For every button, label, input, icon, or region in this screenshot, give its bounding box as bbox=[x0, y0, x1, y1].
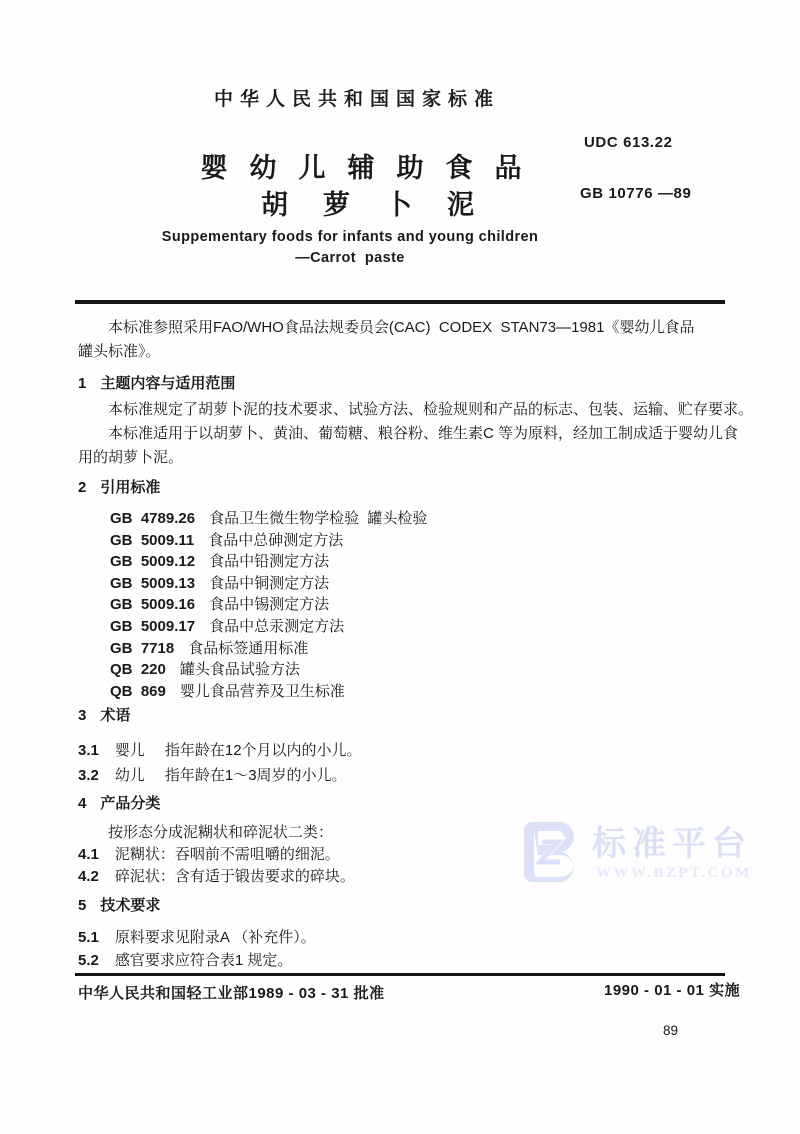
scanned-standard-page: 中华人民共和国国家标准 UDC 613.22 GB 10776 —89 婴幼儿辅… bbox=[0, 0, 800, 1134]
reference-item: QB 869婴儿食品营养及卫生标准 bbox=[110, 681, 778, 703]
paragraph-line: 用的胡萝卜泥。 bbox=[78, 446, 778, 470]
section-number: 4 bbox=[78, 795, 86, 812]
reference-item: GB 5009.11食品中总砷测定方法 bbox=[110, 530, 778, 552]
clause-number: 4.1 bbox=[78, 846, 99, 863]
section-title: 产品分类 bbox=[100, 795, 160, 812]
reference-code: GB 4789.26 bbox=[110, 510, 195, 527]
term-item: 3.1婴儿指年龄在12个月以内的小儿。 bbox=[78, 738, 778, 763]
reference-item: GB 7718食品标签通用标准 bbox=[110, 638, 778, 660]
section-title: 主题内容与适用范围 bbox=[100, 375, 235, 392]
title-english-line2: —Carrot paste bbox=[40, 250, 660, 266]
section-technical-requirements: 5技术要求 5.1原料要求见附录A （补充件）。 5.2感官要求应符合表1 规定… bbox=[78, 894, 778, 972]
title-chinese-line1: 婴幼儿辅助食品 bbox=[40, 146, 682, 185]
section-title: 技术要求 bbox=[100, 897, 160, 914]
page-number: 89 bbox=[663, 1023, 678, 1038]
title-english-line1: Suppementary foods for infants and young… bbox=[40, 229, 660, 245]
title-chinese-line2: 胡萝卜泥 bbox=[40, 183, 695, 222]
clause-item: 4.2碎泥状：含有适于锻齿要求的碎块。 bbox=[78, 866, 778, 888]
term-definition: 指年龄在12个月以内的小儿。 bbox=[165, 742, 362, 759]
reference-item: GB 5009.17食品中总汞测定方法 bbox=[110, 616, 778, 638]
reference-code: GB 5009.13 bbox=[110, 575, 195, 592]
reference-code: GB 5009.11 bbox=[110, 532, 194, 549]
reference-item: GB 5009.12食品中铅测定方法 bbox=[110, 551, 778, 573]
section-terms: 3术语 3.1婴儿指年龄在12个月以内的小儿。 3.2幼儿指年龄在1～3周岁的小… bbox=[78, 704, 778, 788]
footer-rule bbox=[75, 973, 725, 976]
reference-name: 食品中总汞测定方法 bbox=[209, 618, 344, 635]
reference-name: 食品中铅测定方法 bbox=[209, 553, 329, 570]
clause-item: 5.1原料要求见附录A （补充件）。 bbox=[78, 926, 778, 949]
term-item: 3.2幼儿指年龄在1～3周岁的小儿。 bbox=[78, 763, 778, 788]
clause-text: 碎泥状：含有适于锻齿要求的碎块。 bbox=[115, 868, 355, 885]
section-heading: 1主题内容与适用范围 bbox=[78, 372, 778, 396]
reference-list: GB 4789.26食品卫生微生物学检验 罐头检验 GB 5009.11食品中总… bbox=[78, 508, 778, 702]
implementation-note: 1990 - 01 - 01 实施 bbox=[604, 979, 740, 1000]
reference-code: QB 869 bbox=[110, 683, 166, 700]
foreword-line: 本标准参照采用FAO/WHO食品法规委员会(CAC) CODEX STAN73—… bbox=[78, 316, 778, 340]
clause-item: 4.1泥糊状：吞咽前不需咀嚼的细泥。 bbox=[78, 844, 778, 866]
section-title: 引用标准 bbox=[100, 479, 160, 496]
reference-name: 食品中铜测定方法 bbox=[209, 575, 329, 592]
foreword-line: 罐头标准》。 bbox=[78, 340, 778, 364]
clause-number: 4.2 bbox=[78, 868, 99, 885]
approval-note: 中华人民共和国轻工业部1989 - 03 - 31 批准 bbox=[78, 982, 385, 1003]
reference-name: 食品中锡测定方法 bbox=[209, 596, 329, 613]
paragraph: 本标准规定了胡萝卜泥的技术要求、试验方法、检验规则和产品的标志、包装、运输、贮存… bbox=[78, 398, 778, 422]
national-standard-heading: 中华人民共和国国家标准 bbox=[40, 84, 667, 111]
reference-name: 婴儿食品营养及卫生标准 bbox=[180, 683, 345, 700]
section-number: 1 bbox=[78, 375, 86, 392]
paragraph-line: 本标准适用于以胡萝卜、黄油、葡萄糖、粮谷粉、维生素C 等为原料，经加工制成适于婴… bbox=[78, 422, 778, 446]
term-word: 幼儿 bbox=[115, 767, 145, 784]
clause-number: 3.1 bbox=[78, 742, 99, 759]
clause-item: 5.2感官要求应符合表1 规定。 bbox=[78, 949, 778, 972]
clause-text: 感官要求应符合表1 规定。 bbox=[115, 952, 293, 969]
reference-code: QB 220 bbox=[110, 661, 166, 678]
section-number: 3 bbox=[78, 707, 86, 724]
section-title: 术语 bbox=[100, 707, 130, 724]
clause-text: 原料要求见附录A （补充件）。 bbox=[115, 929, 316, 946]
reference-code: GB 5009.12 bbox=[110, 553, 195, 570]
requirements-list: 5.1原料要求见附录A （补充件）。 5.2感官要求应符合表1 规定。 bbox=[78, 926, 778, 972]
section-classification: 4产品分类 按形态分成泥糊状和碎泥状二类： 4.1泥糊状：吞咽前不需咀嚼的细泥。… bbox=[78, 792, 778, 888]
foreword-paragraph: 本标准参照采用FAO/WHO食品法规委员会(CAC) CODEX STAN73—… bbox=[78, 316, 778, 364]
reference-item: GB 5009.13食品中铜测定方法 bbox=[110, 573, 778, 595]
reference-name: 罐头食品试验方法 bbox=[180, 661, 300, 678]
section-references: 2引用标准 GB 4789.26食品卫生微生物学检验 罐头检验 GB 5009.… bbox=[78, 476, 778, 702]
classification-intro: 按形态分成泥糊状和碎泥状二类： bbox=[78, 822, 778, 844]
reference-name: 食品中总砷测定方法 bbox=[208, 532, 343, 549]
reference-item: GB 4789.26食品卫生微生物学检验 罐头检验 bbox=[110, 508, 778, 530]
section-heading: 4产品分类 bbox=[78, 792, 778, 816]
section-heading: 2引用标准 bbox=[78, 476, 778, 500]
reference-name: 食品标签通用标准 bbox=[188, 640, 308, 657]
clause-number: 5.2 bbox=[78, 952, 99, 969]
reference-name: 食品卫生微生物学检验 罐头检验 bbox=[209, 510, 427, 527]
section-scope: 1主题内容与适用范围 本标准规定了胡萝卜泥的技术要求、试验方法、检验规则和产品的… bbox=[78, 372, 778, 470]
header-rule bbox=[75, 300, 725, 304]
reference-item: GB 5009.16食品中锡测定方法 bbox=[110, 594, 778, 616]
section-number: 5 bbox=[78, 897, 86, 914]
section-heading: 3术语 bbox=[78, 704, 778, 728]
reference-item: QB 220罐头食品试验方法 bbox=[110, 659, 778, 681]
clause-number: 5.1 bbox=[78, 929, 99, 946]
clause-text: 泥糊状：吞咽前不需咀嚼的细泥。 bbox=[115, 846, 340, 863]
section-heading: 5技术要求 bbox=[78, 894, 778, 918]
reference-code: GB 5009.17 bbox=[110, 618, 195, 635]
reference-code: GB 5009.16 bbox=[110, 596, 195, 613]
section-number: 2 bbox=[78, 479, 86, 496]
clause-number: 3.2 bbox=[78, 767, 99, 784]
term-word: 婴儿 bbox=[115, 742, 145, 759]
term-definition: 指年龄在1～3周岁的小儿。 bbox=[165, 767, 347, 784]
classification-list: 4.1泥糊状：吞咽前不需咀嚼的细泥。 4.2碎泥状：含有适于锻齿要求的碎块。 bbox=[78, 844, 778, 888]
reference-code: GB 7718 bbox=[110, 640, 174, 657]
term-list: 3.1婴儿指年龄在12个月以内的小儿。 3.2幼儿指年龄在1～3周岁的小儿。 bbox=[78, 738, 778, 788]
